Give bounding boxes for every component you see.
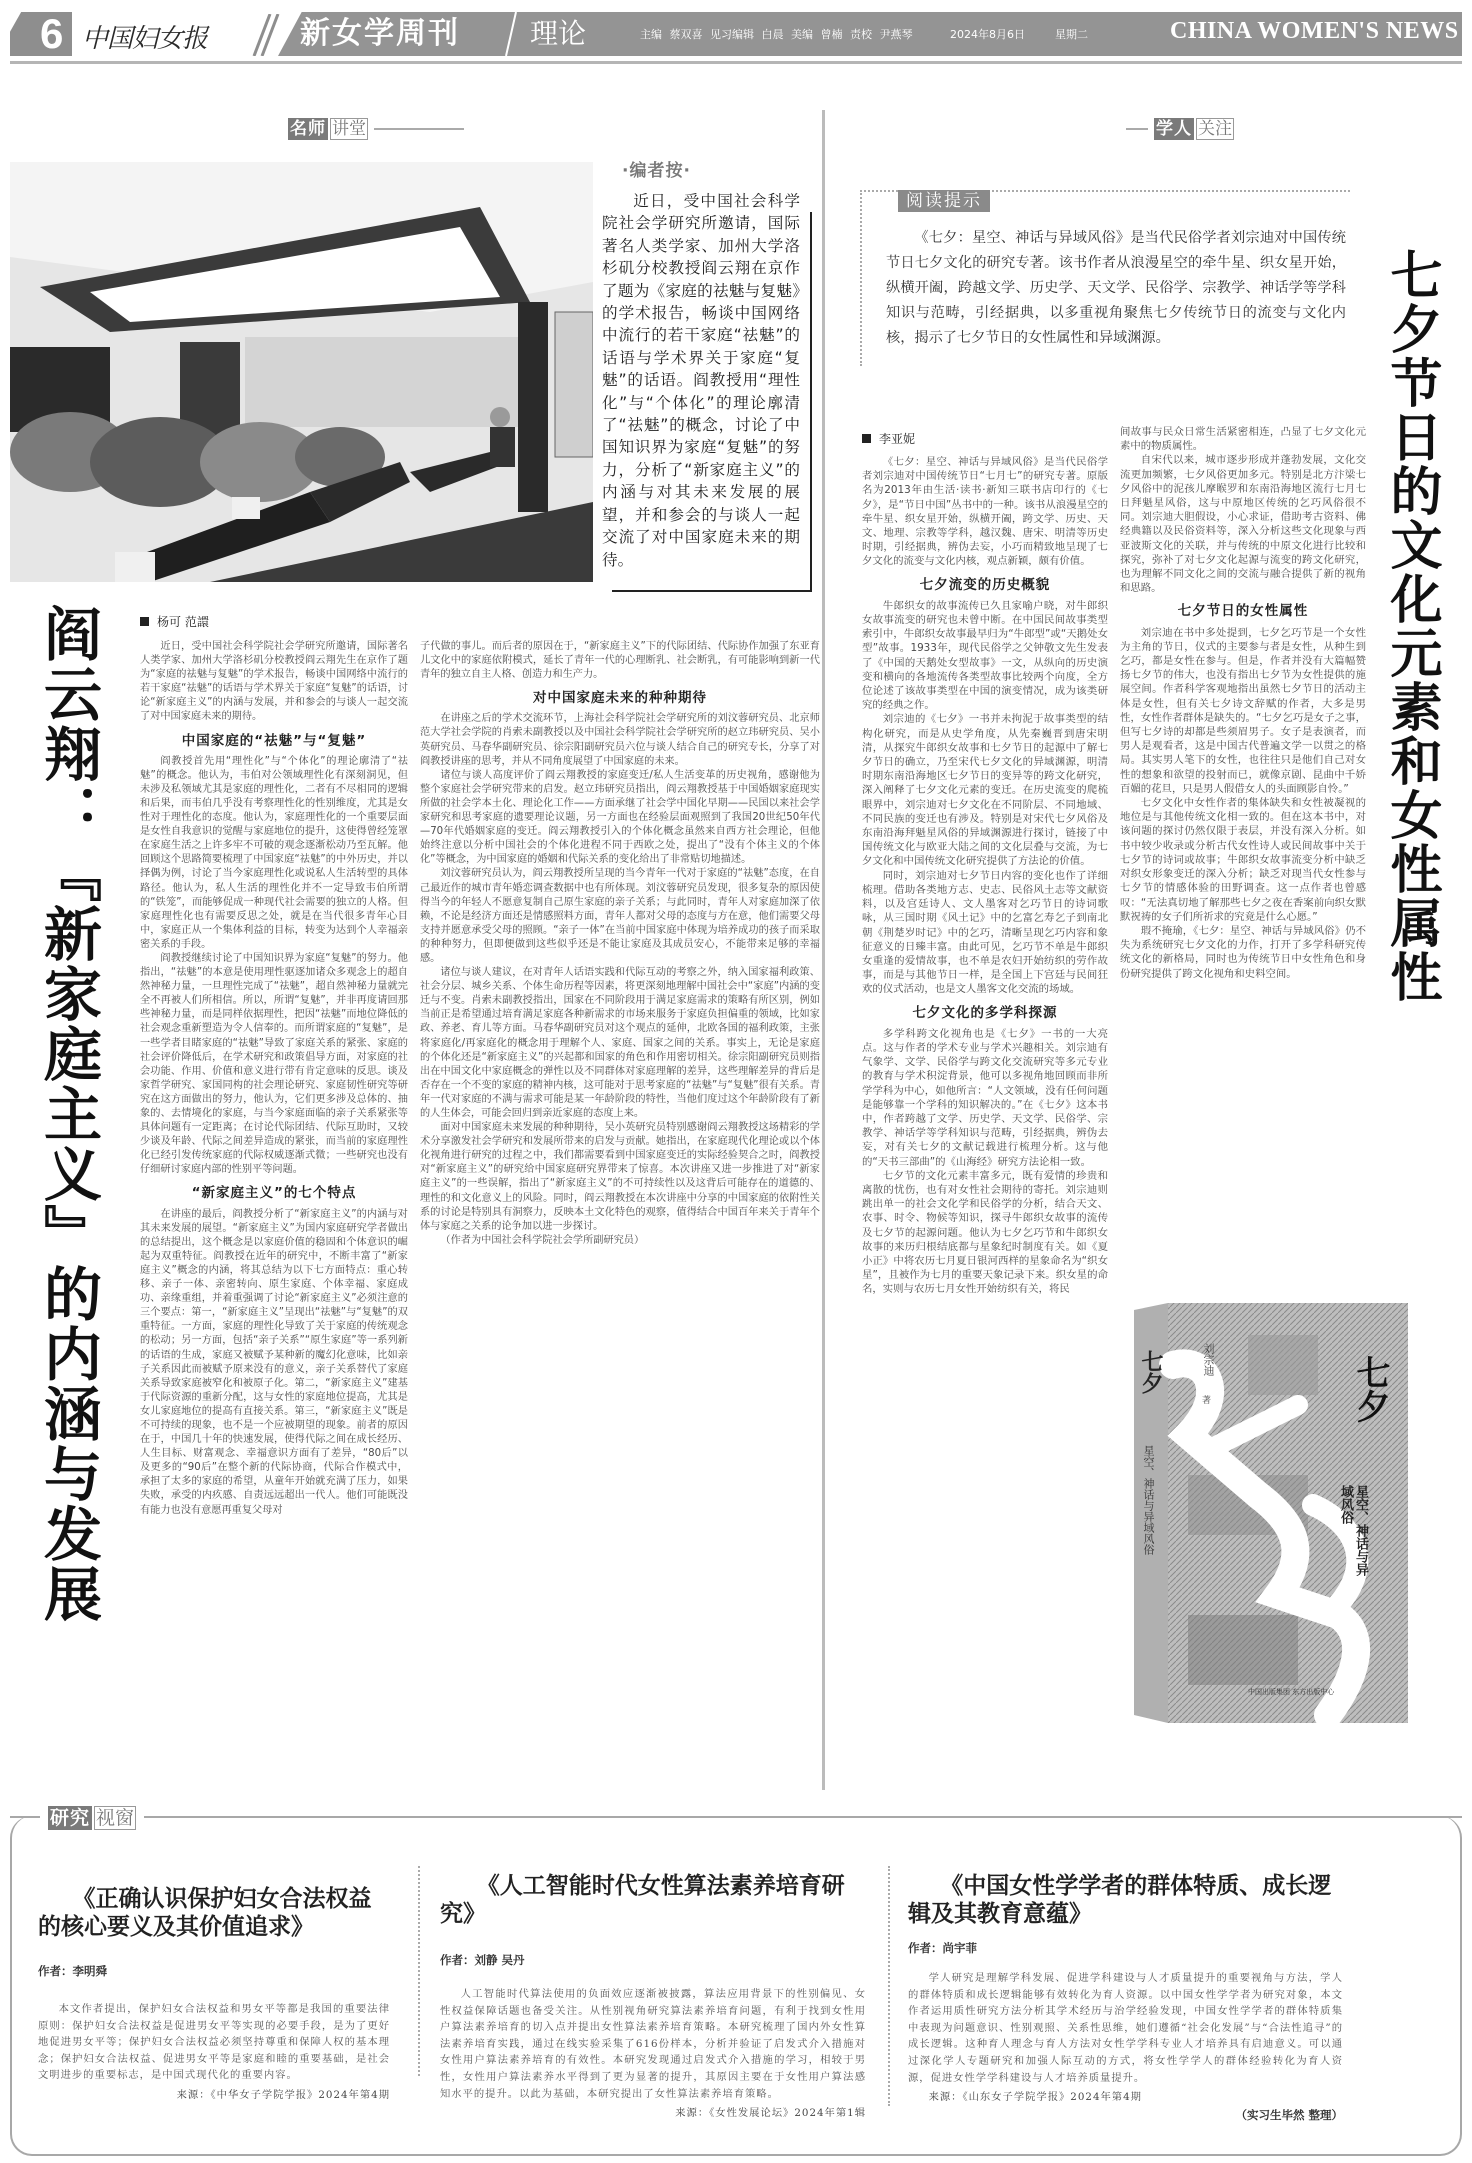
paragraph: 诸位与谈人建议，在对青年人话语实践和代际互动的考察之外，纳入国家福利政策、社会分… (420, 966, 820, 1121)
paragraph: 刘汶蓉研究员认为，阎云翔教授所呈现的当今青年一代对于家庭的“祛魅”态度，在自己最… (420, 867, 820, 966)
research-item-source: 来源：《女性发展论坛》2024年第1辑 (440, 2104, 866, 2119)
paragraph: 牛郎织女的故事流传已久且家喻户晓，对牛郎织女故事流变的研究也未曾中断。在中国民间… (862, 599, 1108, 713)
research-item: 《中国女性学学者的群体特质、成长逻辑及其教育意蕴》 作者：尚宇菲 学人研究是理解… (908, 1872, 1343, 2123)
lecture-photo (10, 162, 593, 582)
left-story-headline: 阎云翔：『新家庭主义』的内涵与发展 (32, 604, 104, 1784)
paragraph: 《七夕：星空、神话与异域风俗》是当代民俗学者刘宗迪对中国传统节日“七月七”的研究… (862, 455, 1108, 569)
paragraph: 刘宗迪在书中多处提到，七夕乞巧节是一个女性为主角的节日，仪式的主要参与者是女性，… (1120, 626, 1366, 796)
book-spine-title: 七夕 (1138, 1350, 1164, 1394)
paragraph: 七夕文化中女性作者的集体缺失和女性被凝视的地位是与其他传统文化相一致的。但在这本… (1120, 796, 1366, 924)
subheading: “新家庭主义”的七个特点 (140, 1186, 408, 1200)
editor-note-title: ·编者按· (622, 156, 691, 181)
column-divider (822, 110, 825, 1790)
research-item-author: 作者：刘静 吴丹 (440, 1952, 866, 1968)
paragraph: 子代做的事儿。而后者的原因在于，“新家庭主义”下的代际团结、代际协作加强了东亚育… (420, 640, 820, 682)
subheading: 中国家庭的“祛魅”与“复魅” (140, 734, 408, 748)
research-item-author: 作者：尚宇菲 (908, 1940, 1343, 1956)
column-tag-famous-lecture: 名师 讲堂 (288, 118, 464, 140)
book-cover-author-suffix: 著 (1202, 1393, 1211, 1406)
research-divider (418, 1866, 420, 2076)
research-item-summary: 本文作者提出，保护妇女合法权益和男女平等都是我国的重要法律原则：保护妇女合法权益… (38, 2001, 390, 2084)
issue-weekday: 星期二 (1055, 28, 1088, 41)
masthead: 6 中国妇女报 新女学周刊 理论 主编 蔡双喜 见习编辑 白晨 美编 曾楠 责校… (10, 12, 1462, 62)
paragraph: 七夕节的文化元素丰富多元，既有爱情的珍贵和离散的忧伤，也有对女性社会期待的寄托。… (862, 1169, 1108, 1297)
book-cover-title: 七夕 (1350, 1355, 1390, 1423)
paragraph: 近日，受中国社会科学院社会学研究所邀请，国际著名人类学家、加州大学洛杉矶分校教授… (140, 640, 408, 725)
column-tag-scholar-focus: 学人 关注 (1126, 118, 1234, 140)
slash-separator-icon (504, 12, 518, 56)
slash-divider-icon (240, 14, 280, 56)
book-cover-subtitle: 星空、神话与异域风俗 (1338, 1485, 1368, 1585)
paragraph: 多学科跨文化视角也是《七夕》一书的一大亮点。这与作者的学术专业与学术兴趣相关。刘… (862, 1027, 1108, 1169)
column-tag-research-window: 研究 视窗 (40, 1806, 144, 1830)
research-item: 《正确认识保护妇女合法权益的核心要义及其价值追求》 作者：李明舜 本文作者提出，… (38, 1885, 390, 2101)
paragraph: 诸位与谈人高度评价了阎云翔教授的家庭变迁/私人生活变革的历史视角，感谢他为整个家… (420, 769, 820, 868)
paragraph: 在讲座之后的学术交流环节，上海社会科学院社会学研究所的刘汶蓉研究员、北京师范大学… (420, 712, 820, 768)
subsection-title: 理论 (530, 14, 586, 54)
book-spine-subtitle: 星空、神话与异域风俗 (1142, 1445, 1155, 1555)
paragraph: 面对中国家庭未来发展的种种期待，吴小英研究员特别感谢阎云翔教授这场精彩的学术分享… (420, 1121, 820, 1234)
research-item-author: 作者：李明舜 (38, 1963, 390, 1979)
research-item-source: 来源：《山东女子学院学报》2024年第4期 (908, 2088, 1343, 2103)
page-number: 6 (40, 12, 63, 56)
research-item-summary: 人工智能时代算法使用的负面效应逐渐被披露，算法应用背景下的性别偏见、女性权益保障… (440, 1986, 866, 2102)
paragraph: 刘宗迪的《七夕》一书并未拘泥于故事类型的结构化研究，而是从史学角度，从先秦巍晋到… (862, 712, 1108, 868)
english-newspaper-name: CHINA WOMEN'S NEWS (1170, 18, 1459, 45)
book-cover-author: 刘宗迪 (1202, 1343, 1215, 1376)
right-story-column-2: 间故事与民众日常生活紧密相连，凸显了七夕文化元素中的物质属性。 自宋代以来，城市… (1120, 425, 1366, 981)
tag-rule (374, 128, 464, 130)
paragraph: 同时，刘宗迪对七夕节日内容的变化也作了详细梳理。借助各类地方志、史志、民俗风土志… (862, 869, 1108, 997)
subheading: 对中国家庭未来的种种期待 (420, 691, 820, 705)
paragraph: 阎教授继续讨论了中国知识界为家庭“复魅”的努力。他指出，“祛魅”的本意是使用理性… (140, 952, 408, 1178)
issue-date: 2024年8月6日 (950, 28, 1025, 41)
editor-credit: （实习生毕然 整理） (908, 2107, 1343, 2123)
credits-text: 主编 蔡双喜 见习编辑 白晨 美编 曾楠 责校 尹燕琴 (640, 28, 912, 41)
tag-solid-text: 研究 (48, 1806, 92, 1830)
research-item-summary: 学人研究是理解学科发展、促进学科建设与人才质量提升的重要视角与方法，学人的群体特… (908, 1970, 1343, 2086)
paragraph: 间故事与民众日常生活紧密相连，凸显了七夕文化元素中的物质属性。 (1120, 425, 1366, 453)
editor-note-text: 近日，受中国社会科学院社会学研究所邀请，国际著名人类学家、加州大学洛杉矶分校教授… (602, 190, 800, 571)
reading-tip-text: 《七夕：星空、神话与异域风俗》是当代民俗学者刘宗迪对中国传统节日七夕文化的研究专… (886, 226, 1346, 351)
tag-outline-text: 讲堂 (330, 118, 368, 140)
lecture-room-image (10, 162, 593, 582)
paragraph: 瑕不掩瑜，《七夕：星空、神话与异域风俗》仍不失为系统研究七夕文化的力作，打开了多… (1120, 924, 1366, 981)
right-story-byline: 李亚妮 (862, 430, 915, 447)
research-item-source: 来源：《中华女子学院学报》2024年第4期 (38, 2086, 390, 2101)
paragraph: 在讲座的最后，阎教授分析了“新家庭主义”的内涵与对其未来发展的展望。“新家庭主义… (140, 1208, 408, 1518)
newspaper-logo: 中国妇女报 (82, 18, 207, 55)
paragraph: （作者为中国社会科学院社会学所副研究员） (420, 1234, 820, 1248)
left-story-column-2: 子代做的事儿。而后者的原因在于，“新家庭主义”下的代际团结、代际协作加强了东亚育… (420, 640, 820, 1250)
reading-tip-label: 阅读提示 (898, 190, 990, 212)
right-story-column-1: 《七夕：星空、神话与异域风俗》是当代民俗学者刘宗迪对中国传统节日“七月七”的研究… (862, 455, 1108, 1297)
right-story-headline: 七夕节日的文化元素和女性属性 (1380, 248, 1442, 1168)
book-cover-publisher: 中国出版集团 东方出版中心 (1248, 1687, 1334, 1697)
left-story-byline: 杨可 范譞 (140, 613, 209, 630)
tag-outline-text: 视窗 (94, 1806, 136, 1830)
research-item: 《人工智能时代女性算法素养培育研究》 作者：刘静 吴丹 人工智能时代算法使用的负… (440, 1872, 866, 2119)
tag-solid-text: 学人 (1154, 118, 1194, 140)
tag-outline-text: 关注 (1196, 118, 1234, 140)
masthead-rule (10, 61, 1462, 64)
research-divider (888, 1866, 890, 2106)
editorial-credits: 主编 蔡双喜 见习编辑 白晨 美编 曾楠 责校 尹燕琴 2024年8月6日 星期… (640, 26, 1088, 42)
section-title: 新女学周刊 (300, 14, 460, 54)
tag-solid-text: 名师 (288, 118, 328, 140)
subheading: 七夕节日的女性属性 (1120, 604, 1366, 618)
subheading: 七夕文化的多学科探源 (862, 1006, 1108, 1020)
book-cover: 七夕 七夕 星空、神话与异域风俗 星空、神话与异域风俗 刘宗迪 著 中国出版集团… (1128, 1295, 1428, 1725)
paragraph: 自宋代以来，城市逐步形成并蓬勃发展，文化交流更加频繁，七夕风俗更加多元。特别是北… (1120, 453, 1366, 595)
research-item-title: 《中国女性学学者的群体特质、成长逻辑及其教育意蕴》 (908, 1872, 1343, 1928)
paragraph: 阎教授首先用“理性化”与“个体化”的理论廓清了“祛魅”的概念。他认为，韦伯对公领… (140, 755, 408, 952)
research-item-title: 《正确认识保护妇女合法权益的核心要义及其价值追求》 (38, 1885, 390, 1941)
tag-rule (1126, 128, 1148, 130)
left-story-column-1: 近日，受中国社会科学院社会学研究所邀请，国际著名人类学家、加州大学洛杉矶分校教授… (140, 640, 408, 1518)
research-item-title: 《人工智能时代女性算法素养培育研究》 (440, 1872, 866, 1928)
subheading: 七夕流变的历史概貌 (862, 578, 1108, 592)
